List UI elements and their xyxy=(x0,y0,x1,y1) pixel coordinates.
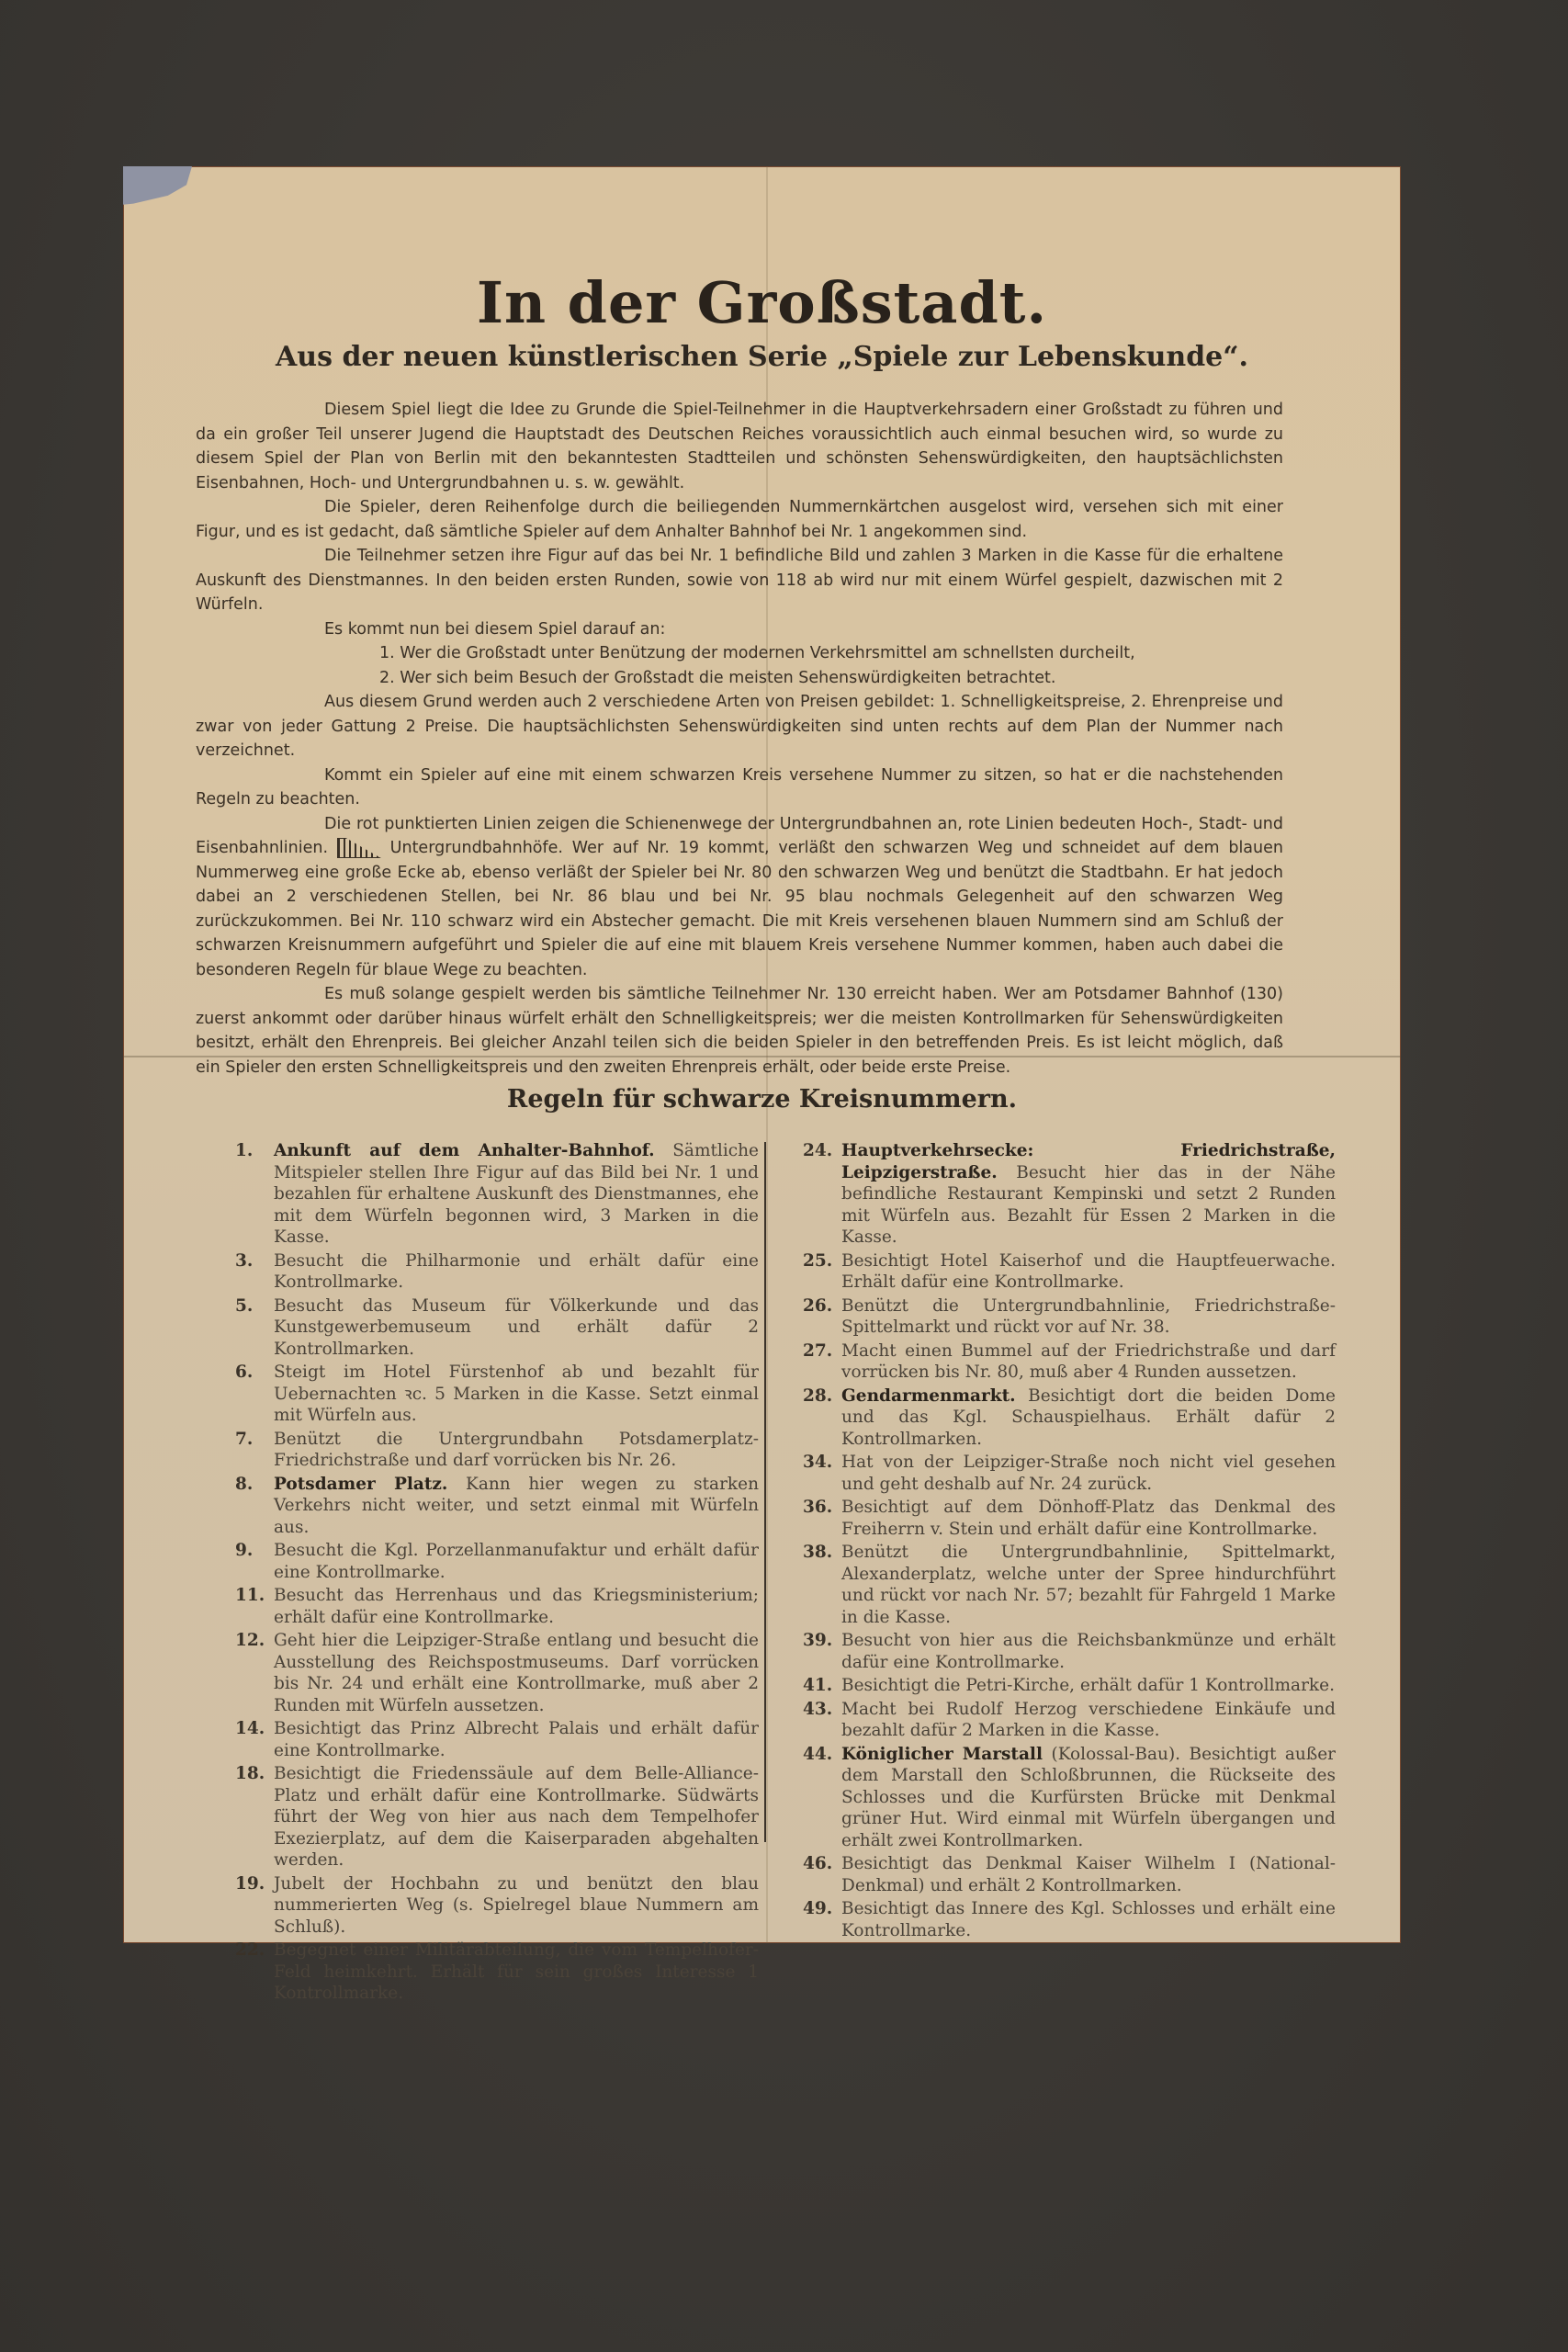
rule-body: Besichtigt die Petri-Kirche, erhält dafü… xyxy=(841,1676,1335,1695)
rule-text: Benützt die Untergrundbahnlinie, Friedri… xyxy=(841,1295,1336,1339)
rule-item: 14.Besichtigt das Prinz Albrecht Palais … xyxy=(235,1718,759,1761)
intro-paragraph: Diesem Spiel liegt die Idee zu Grunde di… xyxy=(196,398,1283,495)
rule-item: 46.Besichtigt das Denkmal Kaiser Wilhelm… xyxy=(803,1853,1336,1896)
rule-number: 1. xyxy=(235,1140,274,1249)
rule-item: 41.Besichtigt die Petri-Kirche, erhält d… xyxy=(803,1675,1336,1697)
rule-item: 5.Besucht das Museum für Völkerkunde und… xyxy=(235,1295,759,1361)
intro-paragraph: Die Spieler, deren Reihenfolge durch die… xyxy=(196,495,1283,544)
rule-item: 39.Besucht von hier aus die Reichsbankmü… xyxy=(803,1630,1336,1673)
rule-item: 34.Hat von der Leipziger-Straße noch nic… xyxy=(803,1452,1336,1495)
rule-number: 38. xyxy=(803,1542,841,1628)
rule-item: 22.Begegnet einer Militärabteilung, die … xyxy=(235,1939,759,2005)
rule-number: 39. xyxy=(803,1630,841,1673)
rule-text: Besichtigt die Friedenssäule auf dem Bel… xyxy=(274,1763,759,1871)
rules-heading: Regeln für schwarze Kreisnummern. xyxy=(123,1085,1401,1114)
rule-item: 25.Besichtigt Hotel Kaiserhof und die Ha… xyxy=(803,1250,1336,1294)
rule-text: Besucht die Kgl. Porzellanmanufaktur und… xyxy=(274,1540,759,1583)
rule-number: 3. xyxy=(235,1250,274,1294)
rule-item: 24.Hauptverkehrsecke: Friedrichstraße, L… xyxy=(803,1140,1336,1249)
rule-text: Jubelt der Hochbahn zu und benützt den b… xyxy=(274,1873,759,1939)
rule-item: 38.Benützt die Untergrundbahnlinie, Spit… xyxy=(803,1542,1336,1628)
rule-text: Ankunft auf dem Anhalter-Bahnhof. Sämtli… xyxy=(274,1140,759,1249)
rule-body: Steigt im Hotel Fürstenhof ab und bezahl… xyxy=(274,1363,759,1425)
rule-heading: Königlicher Marstall xyxy=(841,1745,1043,1764)
document-subtitle: Aus der neuen künstlerischen Serie „Spie… xyxy=(123,341,1401,373)
rule-number: 46. xyxy=(803,1853,841,1896)
column-divider xyxy=(764,1142,766,1842)
rule-number: 14. xyxy=(235,1718,274,1761)
rule-item: 9.Besucht die Kgl. Porzellanmanufaktur u… xyxy=(235,1540,759,1583)
rule-body: Macht einen Bummel auf der Friedrichstra… xyxy=(841,1341,1336,1383)
rule-text: Besichtigt das Innere des Kgl. Schlosses… xyxy=(841,1898,1336,1941)
rule-item: 19.Jubelt der Hochbahn zu und benützt de… xyxy=(235,1873,759,1939)
rule-number: 43. xyxy=(803,1699,841,1742)
rules-column-left: 1.Ankunft auf dem Anhalter-Bahnhof. Sämt… xyxy=(235,1140,759,2007)
rule-body: Besichtigt Hotel Kaiserhof und die Haupt… xyxy=(841,1251,1336,1293)
rule-body: Besichtigt das Prinz Albrecht Palais und… xyxy=(274,1719,759,1760)
rules-column-right: 24.Hauptverkehrsecke: Friedrichstraße, L… xyxy=(803,1140,1336,1943)
intro-paragraph: Die Teilnehmer setzen ihre Figur auf das… xyxy=(196,544,1283,617)
rule-text: Gendarmenmarkt. Besichtigt dort die beid… xyxy=(841,1385,1336,1451)
rule-number: 22. xyxy=(235,1939,274,2005)
rule-text: Besichtigt das Prinz Albrecht Palais und… xyxy=(274,1718,759,1761)
intro-text: Diesem Spiel liegt die Idee zu Grunde di… xyxy=(196,398,1283,1080)
rule-text: Geht hier die Leipziger-Straße entlang u… xyxy=(274,1630,759,1716)
rule-item: 7.Benützt die Untergrundbahn Potsdamerpl… xyxy=(235,1429,759,1472)
rule-item: 18.Besichtigt die Friedenssäule auf dem … xyxy=(235,1763,759,1871)
rule-number: 19. xyxy=(235,1873,274,1939)
rule-item: 44.Königlicher Marstall (Kolossal-Bau). … xyxy=(803,1744,1336,1852)
rule-body: Besichtigt das Denkmal Kaiser Wilhelm I … xyxy=(841,1854,1336,1895)
rule-text: Besucht das Museum für Völkerkunde und d… xyxy=(274,1295,759,1361)
rule-body: Besichtigt die Friedenssäule auf dem Bel… xyxy=(274,1764,759,1870)
rule-body: Hat von der Leipziger-Straße noch nicht … xyxy=(841,1453,1336,1494)
rule-text: Besichtigt Hotel Kaiserhof und die Haupt… xyxy=(841,1250,1336,1294)
rule-item: 43.Macht bei Rudolf Herzog verschiedene … xyxy=(803,1699,1336,1742)
rule-body: Besucht von hier aus die Reichsbankmünze… xyxy=(841,1631,1336,1672)
rule-number: 41. xyxy=(803,1675,841,1697)
rule-text: Potsdamer Platz. Kann hier wegen zu star… xyxy=(274,1474,759,1539)
rule-body: Macht bei Rudolf Herzog verschiedene Ein… xyxy=(841,1700,1336,1741)
intro-paragraph: Es kommt nun bei diesem Spiel darauf an: xyxy=(196,617,1283,642)
rule-number: 44. xyxy=(803,1744,841,1852)
rule-body: Besichtigt auf dem Dönhoff-Platz das Den… xyxy=(841,1498,1336,1539)
rule-body: Besucht das Herrenhaus und das Kriegsmin… xyxy=(274,1586,759,1627)
rule-item: 1.Ankunft auf dem Anhalter-Bahnhof. Sämt… xyxy=(235,1140,759,1249)
rule-body: Besichtigt das Innere des Kgl. Schlosses… xyxy=(841,1899,1336,1940)
goal-item: 2. Wer sich beim Besuch der Großstadt di… xyxy=(379,666,1283,691)
rule-text: Hauptverkehrsecke: Friedrichstraße, Leip… xyxy=(841,1140,1336,1249)
rule-number: 25. xyxy=(803,1250,841,1294)
rule-number: 9. xyxy=(235,1540,274,1583)
rule-text: Besichtigt auf dem Dönhoff-Platz das Den… xyxy=(841,1497,1336,1540)
rule-number: 6. xyxy=(235,1362,274,1427)
torn-corner xyxy=(123,166,192,220)
rule-item: 28.Gendarmenmarkt. Besichtigt dort die b… xyxy=(803,1385,1336,1451)
rule-body: Besucht die Kgl. Porzellanmanufaktur und… xyxy=(274,1541,759,1582)
intro-text-span: Untergrundbahnhöfe. Wer auf Nr. 19 kommt… xyxy=(196,839,1283,979)
rule-heading: Gendarmenmarkt. xyxy=(841,1386,1016,1406)
rule-text: Begegnet einer Militärabteilung, die vom… xyxy=(274,1939,759,2005)
rule-text: Königlicher Marstall (Kolossal-Bau). Bes… xyxy=(841,1744,1336,1852)
intro-paragraph: Kommt ein Spieler auf eine mit einem sch… xyxy=(196,763,1283,812)
rule-number: 27. xyxy=(803,1340,841,1384)
rule-body: Benützt die Untergrundbahn Potsdamerplat… xyxy=(274,1430,759,1471)
rule-body: Jubelt der Hochbahn zu und benützt den b… xyxy=(274,1874,759,1937)
rule-heading: Ankunft auf dem Anhalter-Bahnhof. xyxy=(274,1141,655,1160)
ubahn-station-symbol-icon xyxy=(337,838,381,858)
rule-number: 49. xyxy=(803,1898,841,1941)
rule-body: Besucht die Philharmonie und erhält dafü… xyxy=(274,1251,759,1293)
rule-number: 12. xyxy=(235,1630,274,1716)
rule-item: 8.Potsdamer Platz. Kann hier wegen zu st… xyxy=(235,1474,759,1539)
intro-paragraph: Die rot punktierten Linien zeigen die Sc… xyxy=(196,812,1283,983)
rule-item: 26.Benützt die Untergrundbahnlinie, Frie… xyxy=(803,1295,1336,1339)
intro-paragraph: Aus diesem Grund werden auch 2 verschied… xyxy=(196,690,1283,763)
goal-item: 1. Wer die Großstadt unter Benützung der… xyxy=(379,641,1283,666)
rule-text: Besucht das Herrenhaus und das Kriegsmin… xyxy=(274,1585,759,1628)
rule-heading: Potsdamer Platz. xyxy=(274,1475,447,1494)
rule-text: Steigt im Hotel Fürstenhof ab und bezahl… xyxy=(274,1362,759,1427)
rule-number: 26. xyxy=(803,1295,841,1339)
rule-number: 7. xyxy=(235,1429,274,1472)
rule-text: Besichtigt das Denkmal Kaiser Wilhelm I … xyxy=(841,1853,1336,1896)
rule-item: 12.Geht hier die Leipziger-Straße entlan… xyxy=(235,1630,759,1716)
game-rules-sheet: In der Großstadt. Aus der neuen künstler… xyxy=(123,166,1401,1943)
rule-item: 27.Macht einen Bummel auf der Friedrichs… xyxy=(803,1340,1336,1384)
rule-text: Besucht die Philharmonie und erhält dafü… xyxy=(274,1250,759,1294)
rule-text: Macht bei Rudolf Herzog verschiedene Ein… xyxy=(841,1699,1336,1742)
rule-body: Geht hier die Leipziger-Straße entlang u… xyxy=(274,1631,759,1715)
rule-item: 11.Besucht das Herrenhaus und das Kriegs… xyxy=(235,1585,759,1628)
rule-text: Benützt die Untergrundbahnlinie, Spittel… xyxy=(841,1542,1336,1628)
rule-body: Besucht das Museum für Völkerkunde und d… xyxy=(274,1296,759,1359)
rule-body: Benützt die Untergrundbahnlinie, Friedri… xyxy=(841,1296,1336,1338)
rule-item: 3.Besucht die Philharmonie und erhält da… xyxy=(235,1250,759,1294)
rule-text: Benützt die Untergrundbahn Potsdamerplat… xyxy=(274,1429,759,1472)
rule-item: 49.Besichtigt das Innere des Kgl. Schlos… xyxy=(803,1898,1336,1941)
rule-text: Hat von der Leipziger-Straße noch nicht … xyxy=(841,1452,1336,1495)
rule-number: 36. xyxy=(803,1497,841,1540)
rule-text: Besichtigt die Petri-Kirche, erhält dafü… xyxy=(841,1675,1336,1697)
rule-text: Besucht von hier aus die Reichsbankmünze… xyxy=(841,1630,1336,1673)
rule-text: Macht einen Bummel auf der Friedrichstra… xyxy=(841,1340,1336,1384)
rule-item: 6.Steigt im Hotel Fürstenhof ab und beza… xyxy=(235,1362,759,1427)
rule-number: 8. xyxy=(235,1474,274,1539)
rule-number: 18. xyxy=(235,1763,274,1871)
goals-list: 1. Wer die Großstadt unter Benützung der… xyxy=(196,641,1283,690)
rule-number: 34. xyxy=(803,1452,841,1495)
document-title: In der Großstadt. xyxy=(123,269,1401,336)
rule-body: Begegnet einer Militärabteilung, die vom… xyxy=(274,1940,759,2003)
rule-item: 36.Besichtigt auf dem Dönhoff-Platz das … xyxy=(803,1497,1336,1540)
rule-number: 5. xyxy=(235,1295,274,1361)
intro-paragraph: Es muß solange gespielt werden bis sämtl… xyxy=(196,982,1283,1080)
rule-body: Benützt die Untergrundbahnlinie, Spittel… xyxy=(841,1543,1336,1627)
rule-number: 24. xyxy=(803,1140,841,1249)
rule-number: 11. xyxy=(235,1585,274,1628)
rule-number: 28. xyxy=(803,1385,841,1451)
